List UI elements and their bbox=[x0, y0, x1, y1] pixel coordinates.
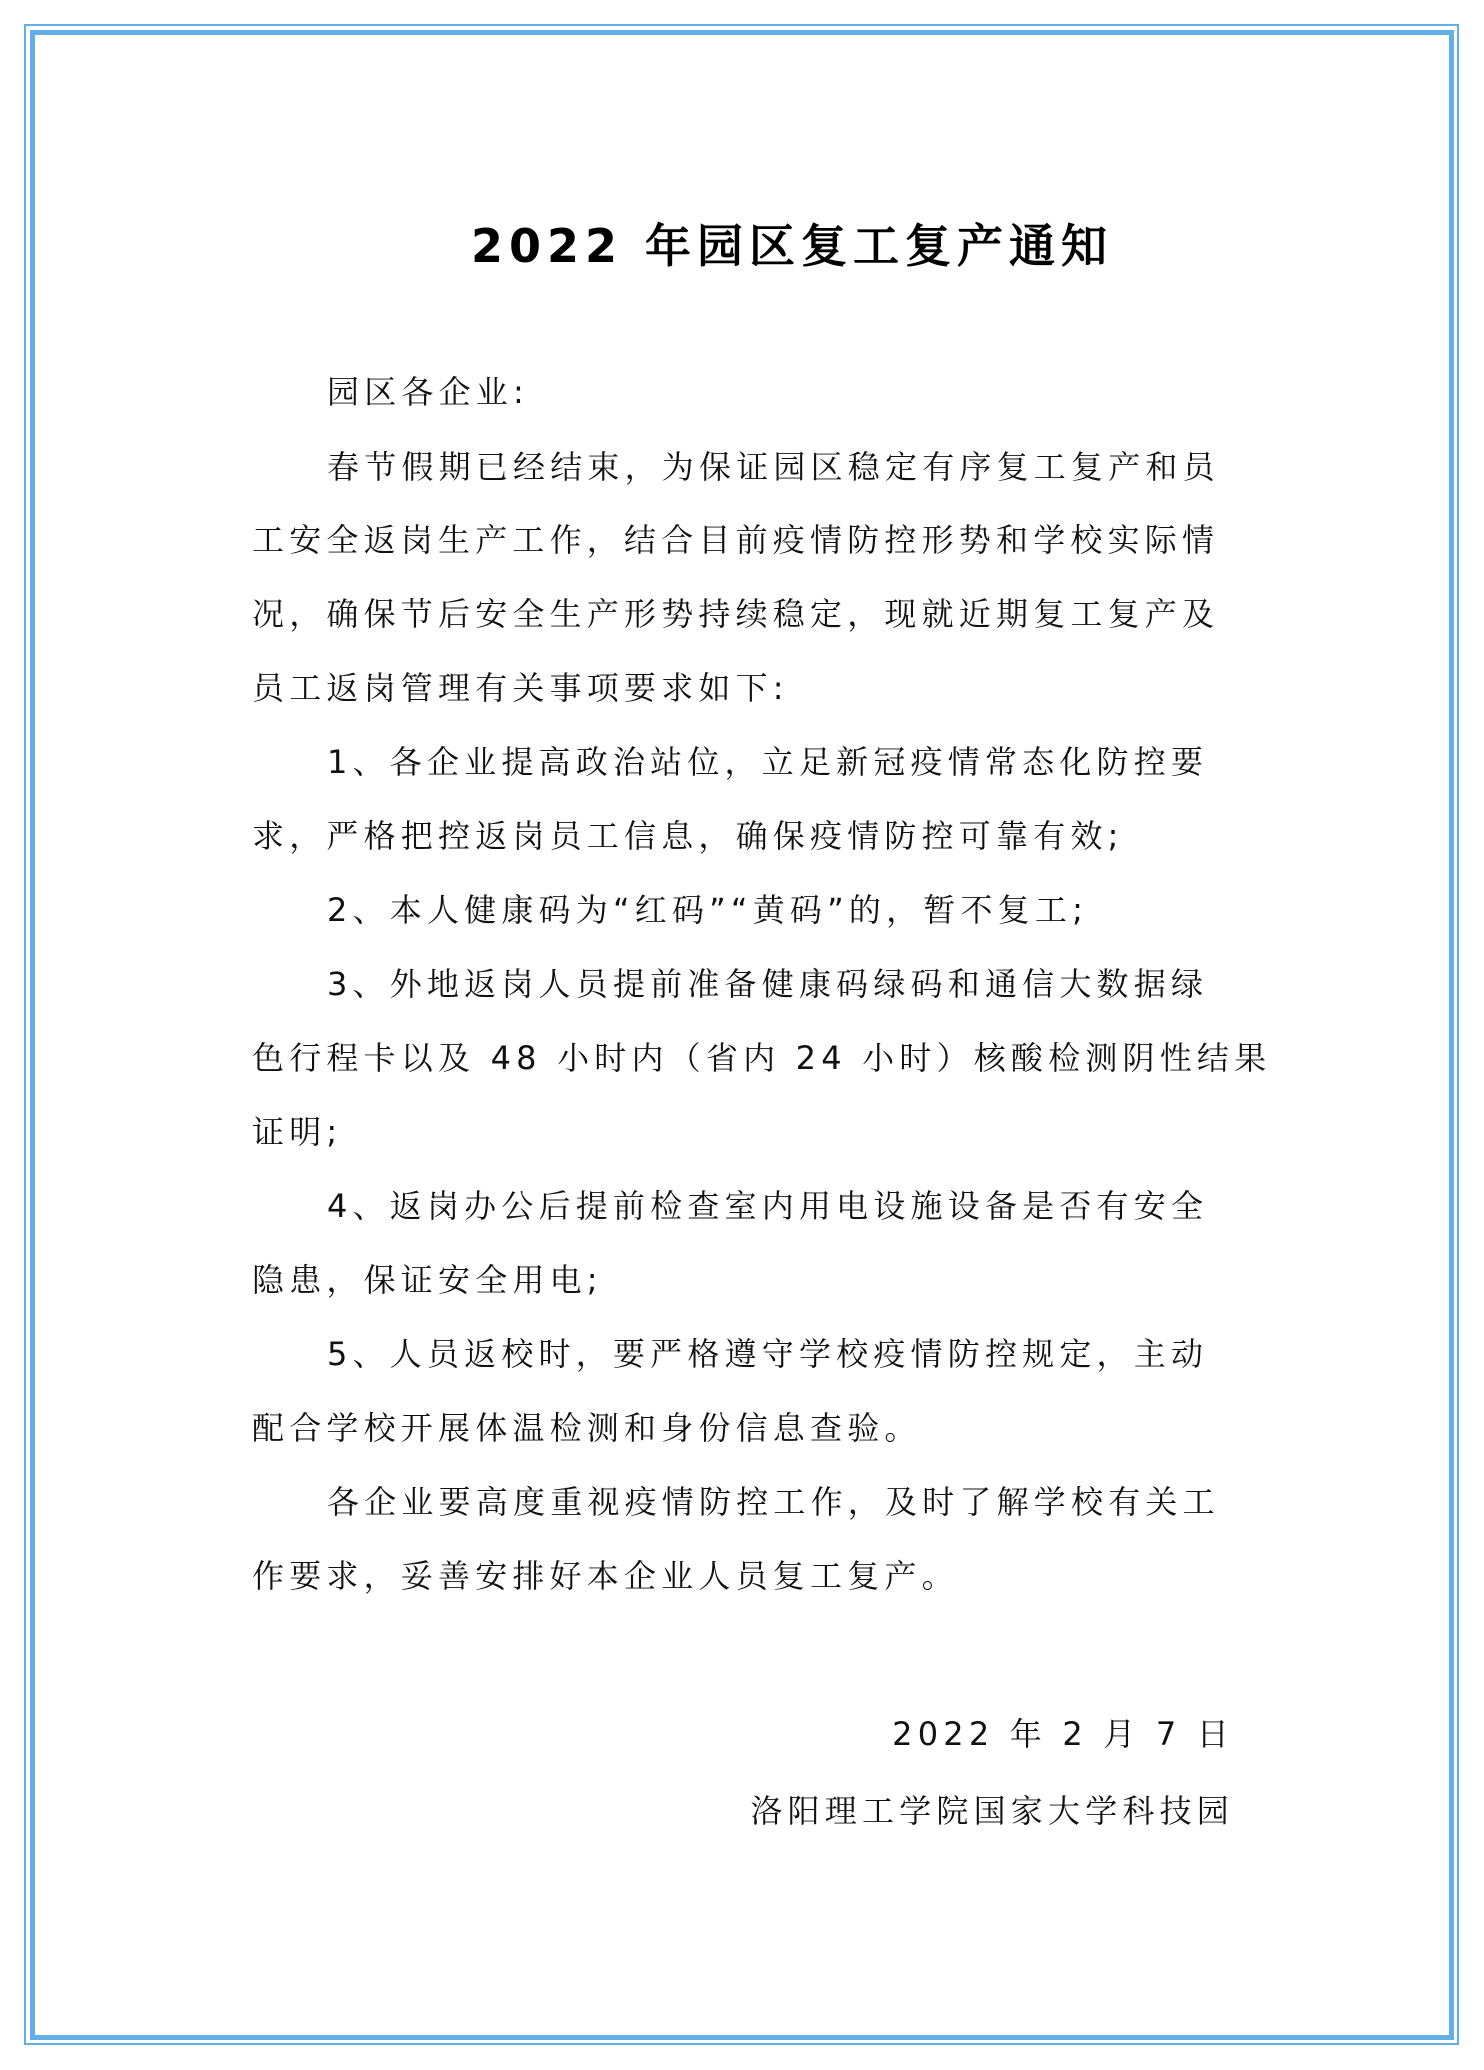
issuer-signature: 洛阳理工学院国家大学科技园 bbox=[750, 1786, 1234, 1836]
item-3-line: 色行程卡以及 48 小时内（省内 24 小时）核酸检测阴性结果 bbox=[252, 1033, 1237, 1083]
paragraph-intro-line: 况，确保节后安全生产形势持续稳定，现就近期复工复产及 bbox=[252, 589, 1237, 639]
item-2-line: 2、本人健康码为“红码”“黄码”的，暂不复工; bbox=[327, 885, 1237, 935]
salutation: 园区各企业: bbox=[327, 367, 1237, 417]
item-5-line: 5、人员返校时，要严格遵守学校疫情防控规定，主动 bbox=[327, 1329, 1237, 1379]
notice-title: 2022 年园区复工复产通知 bbox=[0, 216, 1484, 276]
paragraph-intro-line: 工安全返岗生产工作，结合目前疫情防控形势和学校实际情 bbox=[252, 515, 1237, 565]
closing-paragraph-line: 作要求，妥善安排好本企业人员复工复产。 bbox=[252, 1551, 1237, 1601]
paragraph-intro-line: 春节假期已经结束，为保证园区稳定有序复工复产和员 bbox=[327, 442, 1237, 492]
item-1-line: 求，严格把控返岗员工信息，确保疫情防控可靠有效; bbox=[252, 811, 1237, 861]
item-4-line: 隐患，保证安全用电; bbox=[252, 1255, 1237, 1305]
item-3-line: 3、外地返岗人员提前准备健康码绿码和通信大数据绿 bbox=[327, 959, 1237, 1009]
paragraph-intro-line: 员工返岗管理有关事项要求如下: bbox=[252, 663, 1237, 713]
item-3-line: 证明; bbox=[252, 1107, 1237, 1157]
closing-paragraph-line: 各企业要高度重视疫情防控工作，及时了解学校有关工 bbox=[327, 1477, 1237, 1527]
item-5-line: 配合学校开展体温检测和身份信息查验。 bbox=[252, 1403, 1237, 1453]
item-4-line: 4、返岗办公后提前检查室内用电设施设备是否有安全 bbox=[327, 1181, 1237, 1231]
notice-date: 2022 年 2 月 7 日 bbox=[892, 1709, 1234, 1759]
item-1-line: 1、各企业提高政治站位，立足新冠疫情常态化防控要 bbox=[327, 737, 1237, 787]
